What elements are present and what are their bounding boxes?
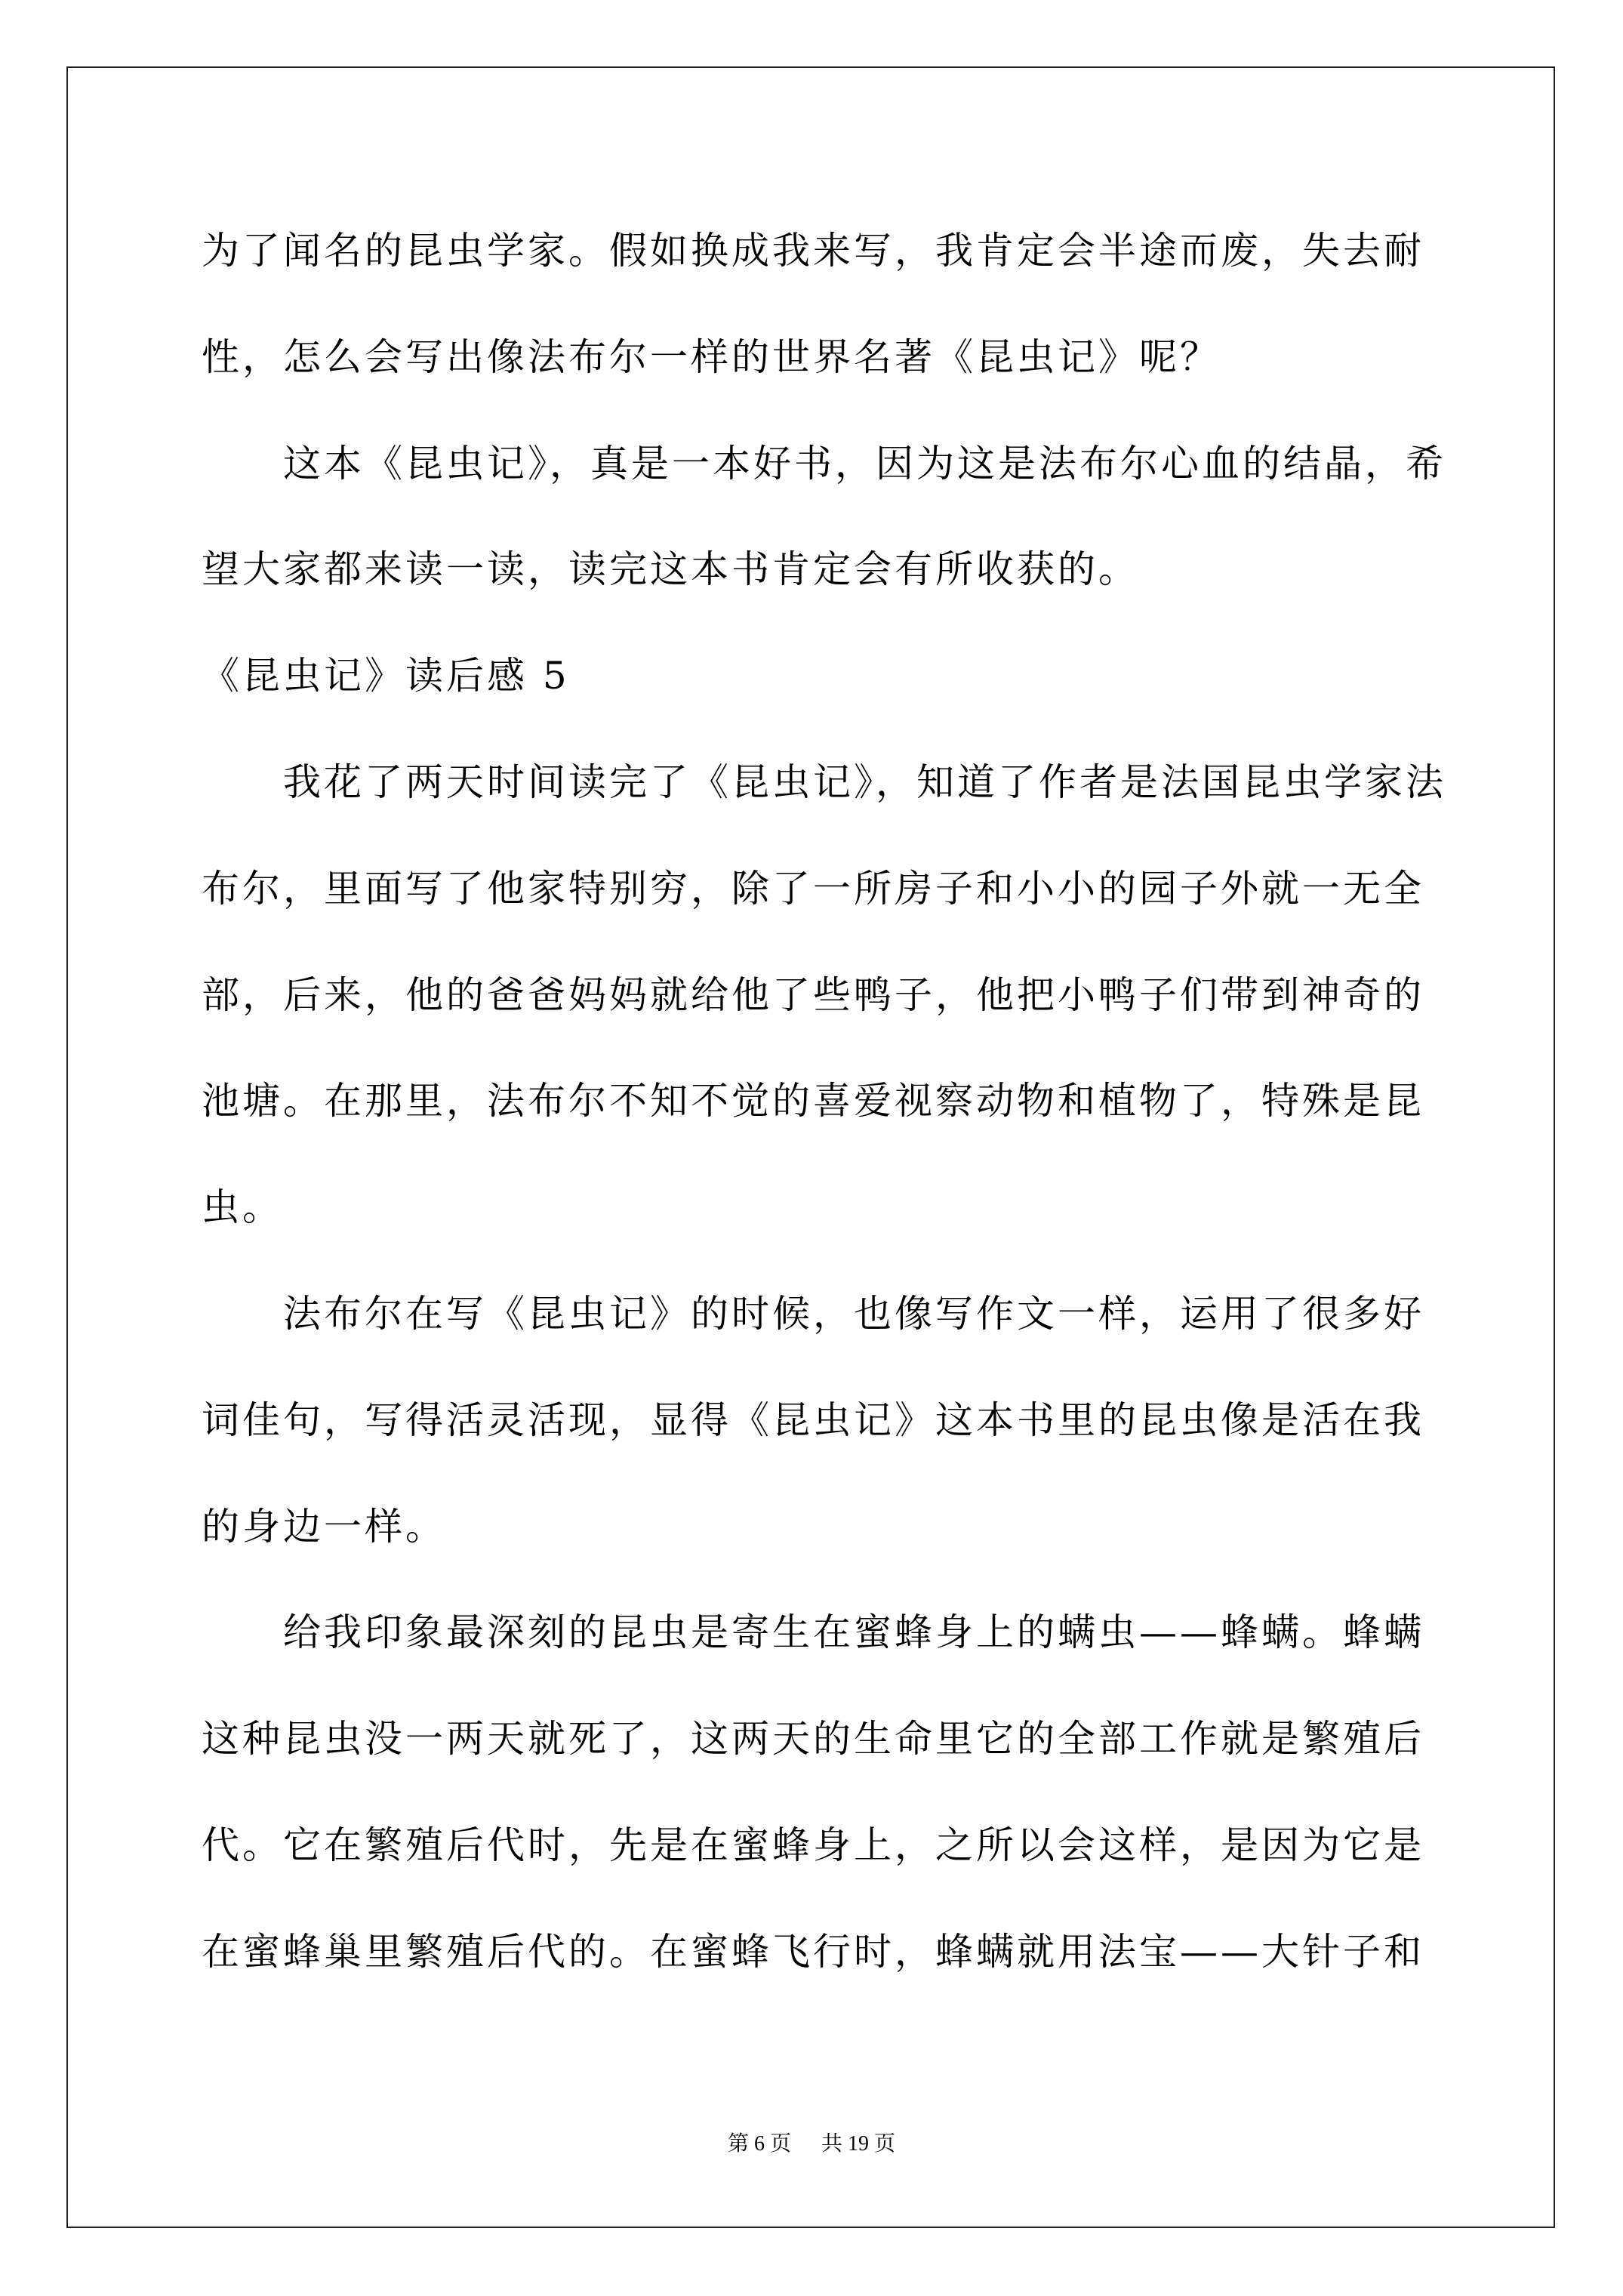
page-number: 第 6 页	[728, 2131, 791, 2158]
text-line: 在蜜蜂巢里繁殖后代的。在蜜蜂飞行时，蜂螨就用法宝——大针子和	[202, 1899, 1440, 2005]
paragraph-start: 法布尔在写《昆虫记》的时候，也像写作文一样，运用了很多好	[202, 1261, 1440, 1367]
text-line: 的身边一样。	[202, 1474, 1440, 1580]
text-line: 池塘。在那里，法布尔不知不觉的喜爱视察动物和植物了，特殊是昆	[202, 1048, 1440, 1154]
text-line: 布尔，里面写了他家特别穷，除了一所房子和小小的园子外就一无全	[202, 836, 1440, 942]
paragraph-start: 我花了两天时间读完了《昆虫记》，知道了作者是法国昆虫学家法	[202, 729, 1440, 836]
text-line: 望大家都来读一读，读完这本书肯定会有所收获的。	[202, 516, 1440, 623]
text-line: 部，后来，他的爸爸妈妈就给他了些鸭子，他把小鸭子们带到神奇的	[202, 942, 1440, 1049]
text-line: 这种昆虫没一两天就死了，这两天的生命里它的全部工作就是繁殖后	[202, 1686, 1440, 1792]
text-line: 代。它在繁殖后代时，先是在蜜蜂身上，之所以会这样，是因为它是	[202, 1792, 1440, 1899]
text-line: 虫。	[202, 1154, 1440, 1261]
document-body: 为了闻名的昆虫学家。假如换成我来写，我肯定会半途而废，失去耐 性，怎么会写出像法…	[202, 198, 1440, 2005]
text-line: 为了闻名的昆虫学家。假如换成我来写，我肯定会半途而废，失去耐	[202, 198, 1440, 304]
page-footer: 第 6 页共 19 页	[0, 2131, 1623, 2158]
text-line: 词佳句，写得活灵活现，显得《昆虫记》这本书里的昆虫像是活在我	[202, 1367, 1440, 1474]
paragraph-start: 给我印象最深刻的昆虫是寄生在蜜蜂身上的螨虫——蜂螨。蜂螨	[202, 1579, 1440, 1686]
section-heading: 《昆虫记》读后感 5	[202, 623, 1440, 729]
paragraph-start: 这本《昆虫记》，真是一本好书，因为这是法布尔心血的结晶，希	[202, 411, 1440, 517]
page-total: 共 19 页	[821, 2131, 895, 2158]
text-line: 性，怎么会写出像法布尔一样的世界名著《昆虫记》呢？	[202, 304, 1440, 411]
